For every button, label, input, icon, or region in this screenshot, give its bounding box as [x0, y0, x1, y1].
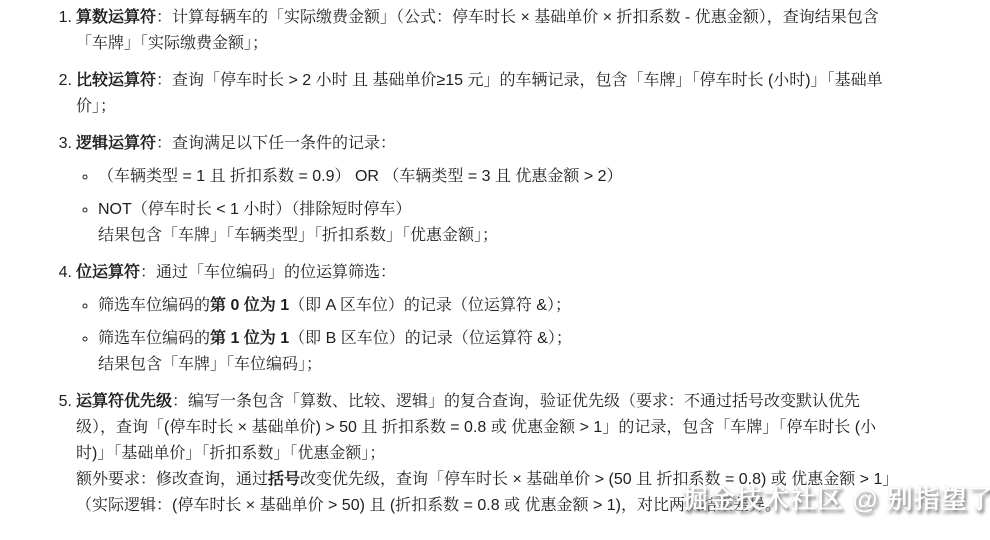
item-paragraph: 比较运算符：查询「停车时长 > 2 小时 且 基础单价≥15 元」的车辆记录，包…: [76, 68, 892, 120]
list-item-comparison-operators: 2. 比较运算符：查询「停车时长 > 2 小时 且 基础单价≥15 元」的车辆记…: [76, 68, 892, 120]
list-item-logical-operators: 3. 逻辑运算符：查询满足以下任一条件的记录： （车辆类型 = 1 且 折扣系数…: [76, 131, 892, 249]
term-label: 运算符优先级: [76, 393, 172, 410]
sub-list: 筛选车位编码的第 0 位为 1（即 A 区车位）的记录（位运算符 &）； 筛选车…: [76, 293, 892, 378]
sub-list-item: 筛选车位编码的第 0 位为 1（即 A 区车位）的记录（位运算符 &）；: [98, 293, 892, 319]
list-number: 3.: [59, 131, 72, 157]
item-extra-paragraph: 额外要求：修改查询，通过括号改变优先级，查询「停车时长 × 基础单价 > (50…: [76, 467, 892, 519]
list-item-operator-precedence: 5. 运算符优先级：编写一条包含「算数、比较、逻辑」的复合查询，验证优先级（要求…: [76, 389, 892, 519]
sub-item-continuation: 结果包含「车牌」「车位编码」；: [98, 352, 892, 378]
term-label: 位运算符: [76, 264, 140, 281]
item-text: ：查询「停车时长 > 2 小时 且 基础单价≥15 元」的车辆记录，包含「车牌」…: [76, 72, 883, 115]
document: 1. 算数运算符：计算每辆车的「实际缴费金额」（公式：停车时长 × 基础单价 ×…: [0, 0, 990, 540]
list-item-arithmetic-operators: 1. 算数运算符：计算每辆车的「实际缴费金额」（公式：停车时长 × 基础单价 ×…: [76, 5, 892, 57]
sub-item-text: 筛选车位编码的: [98, 297, 210, 314]
list-number: 5.: [59, 389, 72, 415]
list-number: 1.: [59, 5, 72, 31]
item-paragraph: 逻辑运算符：查询满足以下任一条件的记录：: [76, 131, 892, 157]
extra-bold: 括号: [268, 471, 300, 488]
term-label: 比较运算符: [76, 72, 156, 89]
sub-list-item: 筛选车位编码的第 1 位为 1（即 B 区车位）的记录（位运算符 &）； 结果包…: [98, 326, 892, 378]
item-paragraph: 位运算符：通过「车位编码」的位运算筛选：: [76, 260, 892, 286]
term-label: 逻辑运算符: [76, 135, 156, 152]
sub-item-continuation: 结果包含「车牌」「车辆类型」「折扣系数」「优惠金额」；: [98, 223, 892, 249]
sub-item-bold: 第 0 位为 1: [210, 297, 289, 314]
sub-item-bold: 第 1 位为 1: [210, 330, 289, 347]
list-item-bitwise-operators: 4. 位运算符：通过「车位编码」的位运算筛选： 筛选车位编码的第 0 位为 1（…: [76, 260, 892, 378]
item-paragraph: 算数运算符：计算每辆车的「实际缴费金额」（公式：停车时长 × 基础单价 × 折扣…: [76, 5, 892, 57]
sub-item-text: （车辆类型 = 1 且 折扣系数 = 0.9） OR （车辆类型 = 3 且 优…: [98, 168, 623, 185]
list-number: 2.: [59, 68, 72, 94]
item-text: ：计算每辆车的「实际缴费金额」（公式：停车时长 × 基础单价 × 折扣系数 - …: [76, 9, 879, 52]
sub-list-item: NOT（停车时长 < 1 小时）（排除短时停车） 结果包含「车牌」「车辆类型」「…: [98, 197, 892, 249]
sub-item-text: 筛选车位编码的: [98, 330, 210, 347]
sub-item-text: （即 A 区车位）的记录（位运算符 &）；: [289, 297, 571, 314]
sub-list: （车辆类型 = 1 且 折扣系数 = 0.9） OR （车辆类型 = 3 且 优…: [76, 164, 892, 249]
item-paragraph: 运算符优先级：编写一条包含「算数、比较、逻辑」的复合查询，验证优先级（要求：不通…: [76, 389, 892, 467]
exercise-list: 1. 算数运算符：计算每辆车的「实际缴费金额」（公式：停车时长 × 基础单价 ×…: [76, 5, 892, 519]
item-text: ：编写一条包含「算数、比较、逻辑」的复合查询，验证优先级（要求：不通过括号改变默…: [76, 393, 876, 462]
sub-item-text: NOT（停车时长 < 1 小时）（排除短时停车）: [98, 201, 411, 218]
item-text: ：查询满足以下任一条件的记录：: [156, 135, 396, 152]
term-label: 算数运算符: [76, 9, 156, 26]
list-number: 4.: [59, 260, 72, 286]
item-text: ：通过「车位编码」的位运算筛选：: [140, 264, 396, 281]
extra-text: 额外要求：修改查询，通过: [76, 471, 268, 488]
sub-item-text: （即 B 区车位）的记录（位运算符 &）；: [289, 330, 572, 347]
sub-list-item: （车辆类型 = 1 且 折扣系数 = 0.9） OR （车辆类型 = 3 且 优…: [98, 164, 892, 190]
